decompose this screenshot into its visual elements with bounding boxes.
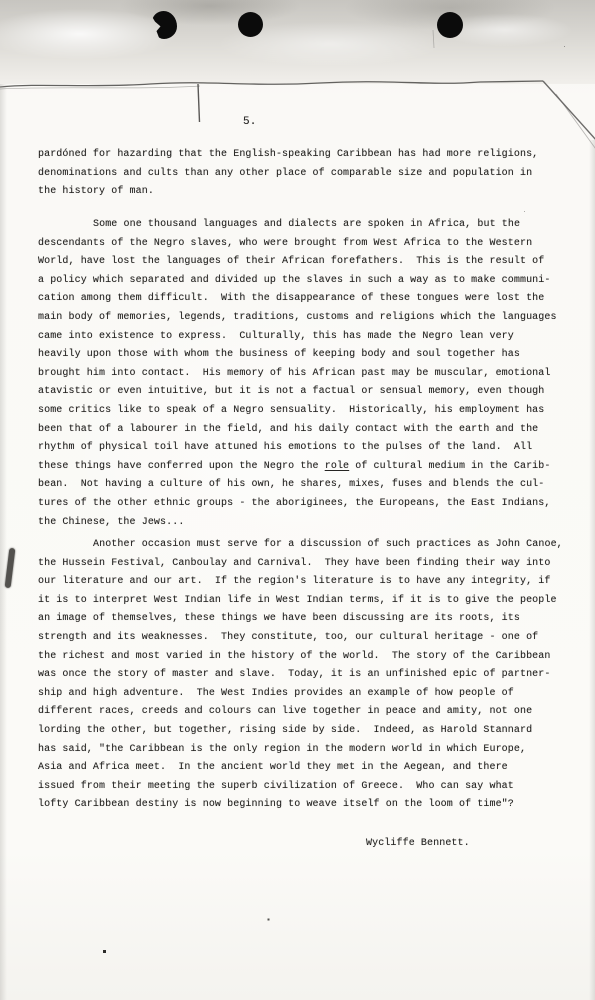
paragraph-caribbean-destiny: Another occasion must serve for a discus… <box>38 536 579 815</box>
paragraph-religions: pardóned for hazarding that the English-… <box>38 146 579 202</box>
paragraph-languages-text: Some one thousand languages and dialects… <box>38 219 557 472</box>
scanned-document-page: 5. pardóned for hazarding that the Engli… <box>0 0 595 1000</box>
left-edge-shadow <box>0 84 7 1000</box>
paragraph-languages: Some one thousand languages and dialects… <box>38 216 579 532</box>
paper-edge-line <box>0 0 595 170</box>
page-number: 5. <box>243 113 256 132</box>
underlined-word-role: role <box>325 461 349 472</box>
author-signature: Wycliffe Bennett. <box>366 835 470 854</box>
right-edge-shadow <box>589 140 595 1000</box>
scan-noise-specks <box>103 950 106 953</box>
